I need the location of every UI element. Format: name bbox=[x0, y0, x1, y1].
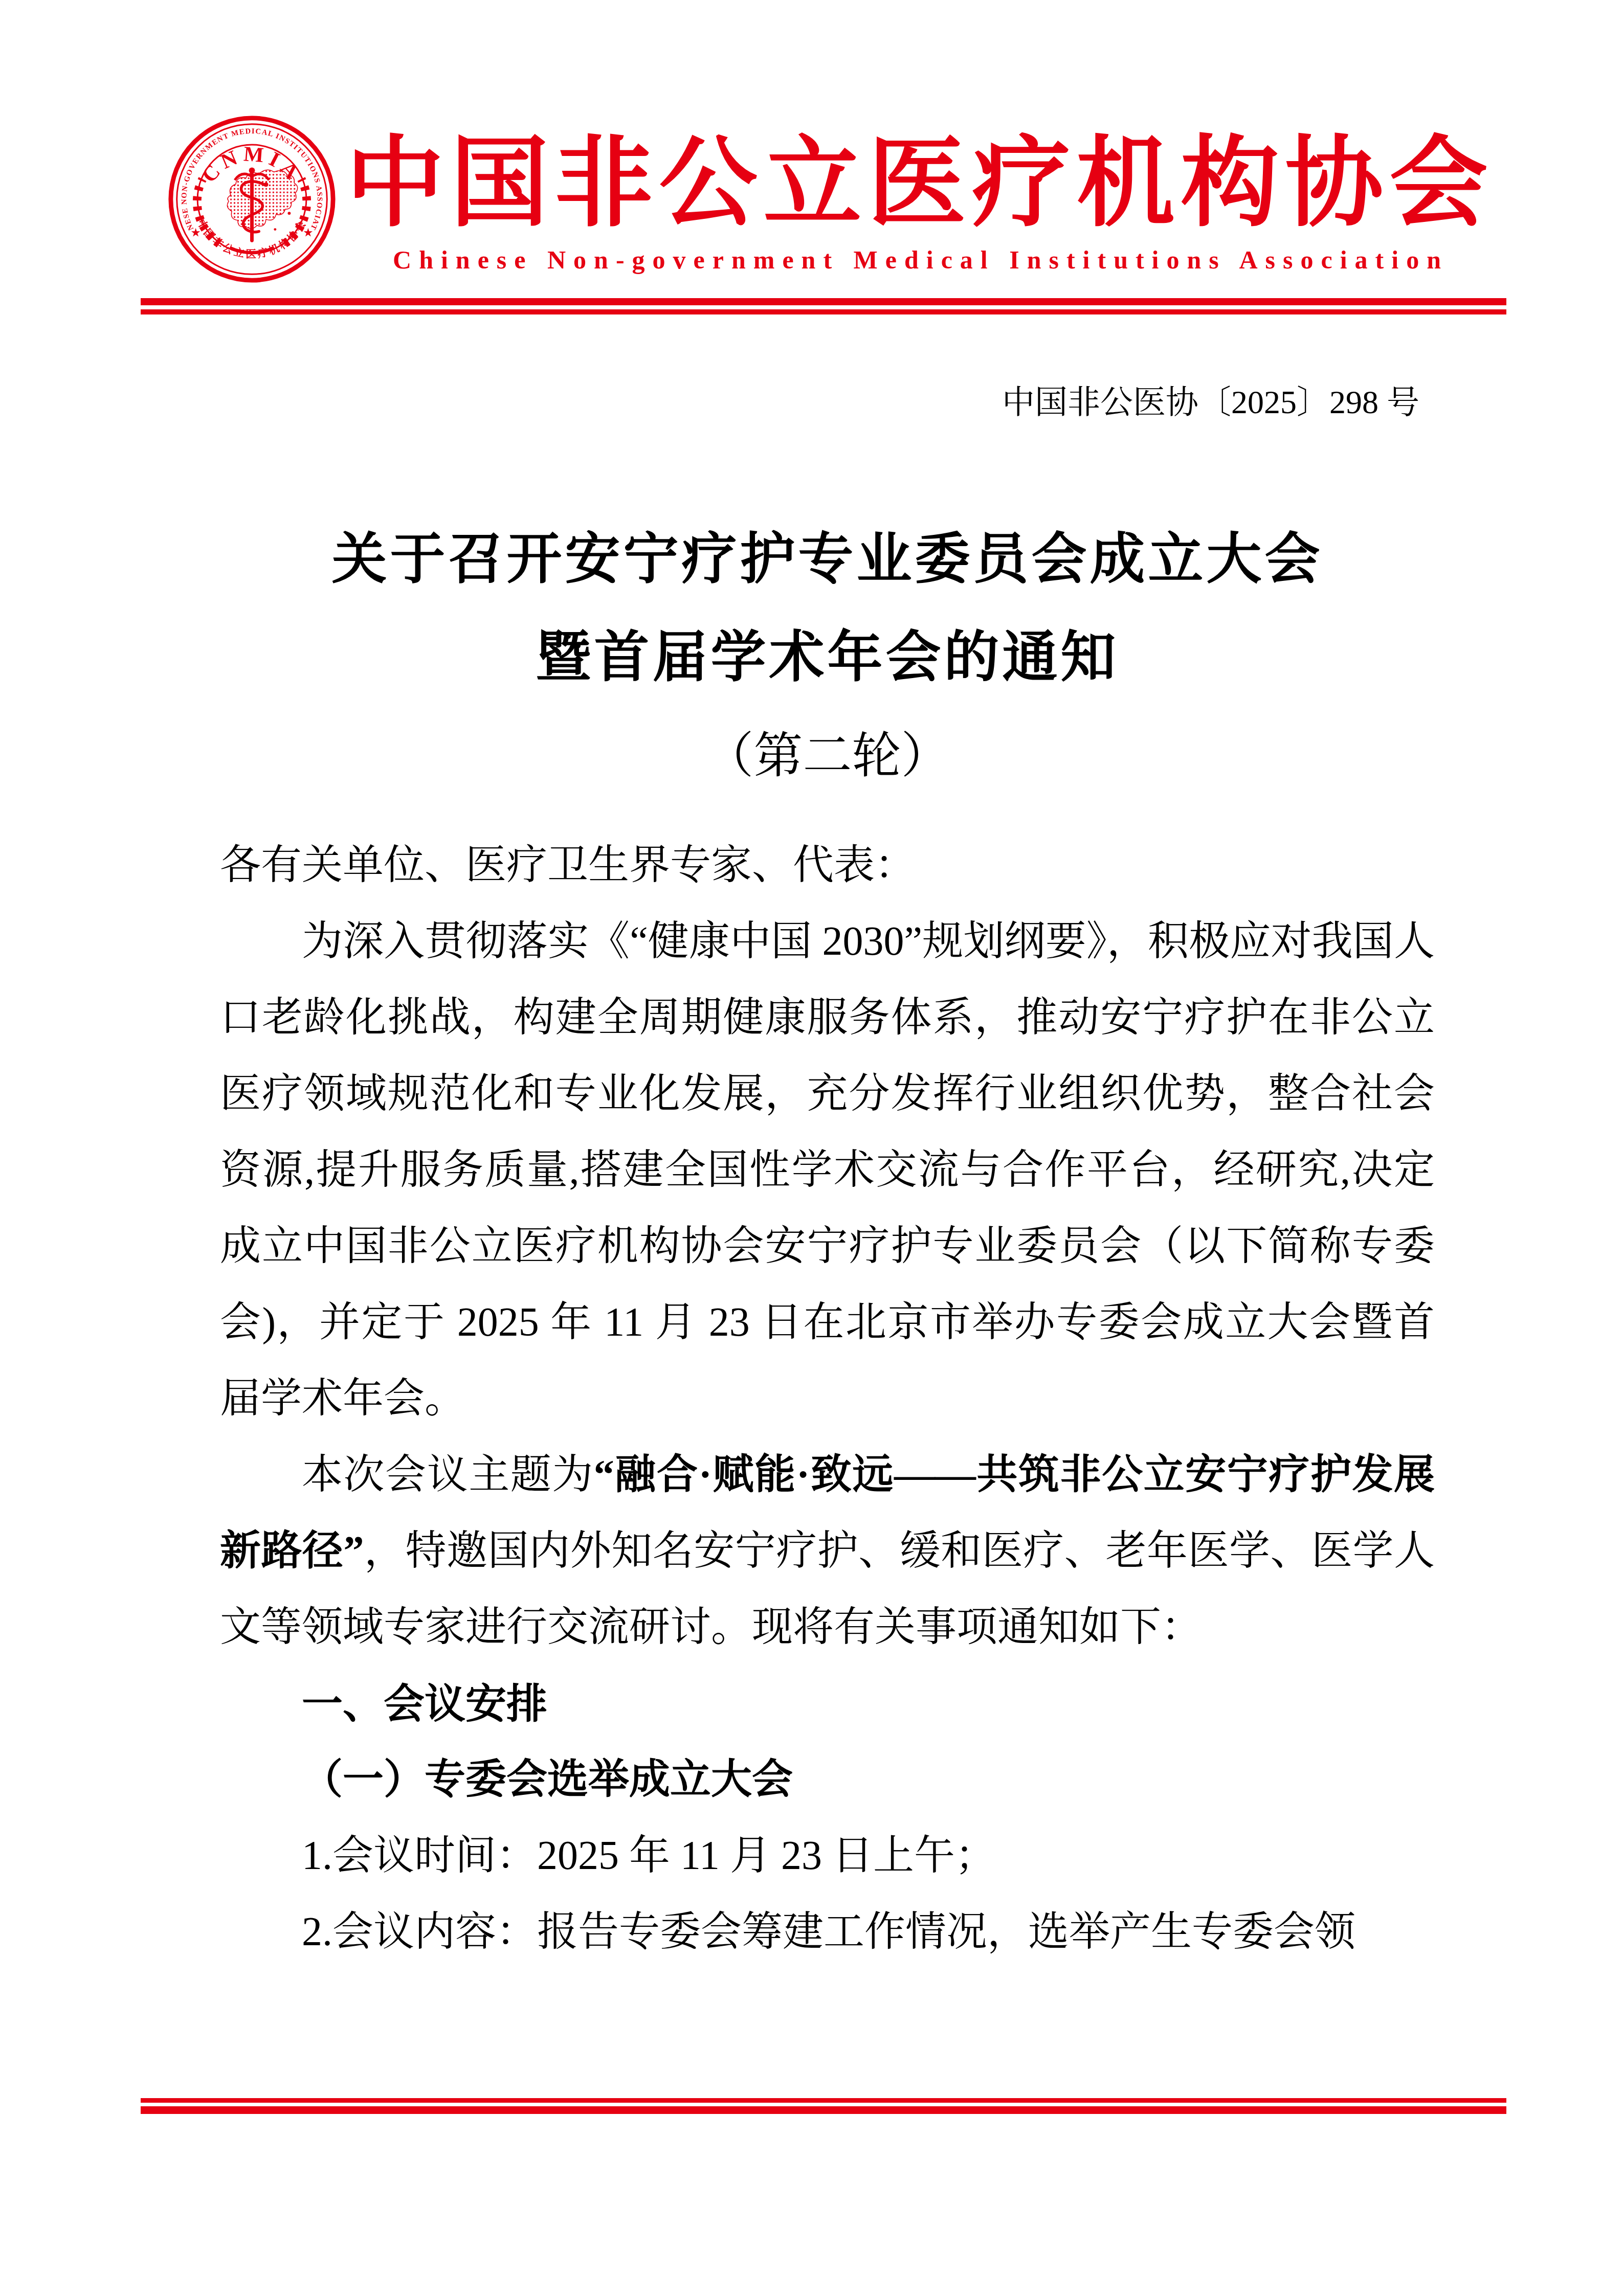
document-body: 中国非公医协〔2025〕298 号 关于召开安宁疗护专业委员会成立大会 暨首届学… bbox=[220, 358, 1435, 1970]
header-divider-thin-line bbox=[141, 309, 1506, 314]
document-number: 中国非公医协〔2025〕298 号 bbox=[220, 386, 1435, 419]
header-divider bbox=[141, 298, 1506, 314]
section-heading-1-1: （一）专委会选举成立大会 bbox=[220, 1742, 1435, 1818]
footer-divider-thick-line bbox=[141, 2106, 1506, 2114]
china-map bbox=[227, 170, 297, 229]
seal-star-left: ★ bbox=[191, 228, 201, 238]
meeting-time-item: 1.会议时间：2025 年 11 月 23 日上午； bbox=[220, 1818, 1435, 1894]
theme-prefix: 本次会议主题为 bbox=[302, 1452, 594, 1497]
seal-star-right: ★ bbox=[303, 228, 313, 238]
org-name-english: Chinese Non-government Medical Instituti… bbox=[340, 245, 1501, 275]
org-name-chinese: 中国非公立医疗机构协会 bbox=[340, 129, 1500, 239]
theme-suffix: ，特邀国内外知名安宁疗护、缓和医疗、老年医学、医学人文等领域专家进行交流研讨。现… bbox=[220, 1528, 1435, 1650]
map-island-dot2 bbox=[274, 228, 276, 231]
association-seal-logo: CHINESE NON-GOVERNMENT MEDICAL INSTITUTI… bbox=[166, 114, 338, 285]
map-island-dot bbox=[287, 212, 291, 215]
org-names: 中国非公立医疗机构协会 Chinese Non-government Medic… bbox=[340, 129, 1494, 275]
footer-divider-thin-line bbox=[141, 2098, 1506, 2103]
document-title-line1: 关于召开安宁疗护专业委员会成立大会 bbox=[220, 511, 1435, 609]
footer-divider bbox=[141, 2098, 1506, 2114]
document-title-line2: 暨首届学术年会的通知 bbox=[220, 609, 1435, 707]
header-divider-thick-line bbox=[141, 298, 1506, 305]
salutation: 各有关单位、医疗卫生界专家、代表： bbox=[220, 827, 1435, 904]
paragraph-background: 为深入贯彻落实《“健康中国 2030”规划纲要》，积极应对我国人口老龄化挑战，构… bbox=[220, 904, 1435, 1437]
section-heading-1: 一、会议安排 bbox=[220, 1665, 1435, 1742]
document-page: CHINESE NON-GOVERNMENT MEDICAL INSTITUTI… bbox=[0, 0, 1624, 2296]
document-title: 关于召开安宁疗护专业委员会成立大会 暨首届学术年会的通知 bbox=[220, 511, 1435, 707]
paragraph-theme: 本次会议主题为“融合·赋能·致远——共筑非公立安宁疗护发展新路径”，特邀国内外知… bbox=[220, 1437, 1435, 1665]
document-round-note: （第二轮） bbox=[220, 707, 1435, 804]
meeting-content-item: 2.会议内容：报告专委会筹建工作情况，选举产生专委会领 bbox=[220, 1894, 1435, 1970]
